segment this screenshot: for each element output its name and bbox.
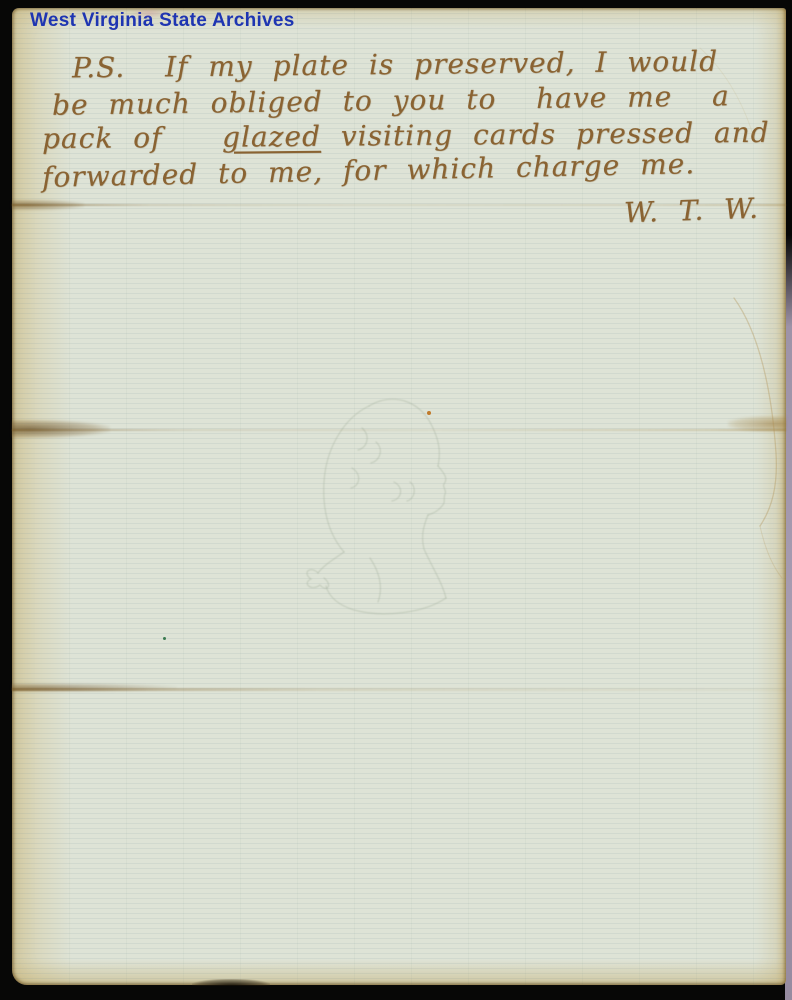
scanner-edge-strip <box>785 235 792 1000</box>
letter-signature: W. T. W. <box>623 192 759 230</box>
stain-middle-left <box>12 420 110 438</box>
letter-line-1: P.S. If my plate is preserved, I would <box>72 45 718 85</box>
profile-bust-watermark-icon <box>274 386 494 624</box>
fold-stain-lower-left <box>12 683 177 692</box>
bottom-edge-smudge <box>192 979 270 986</box>
fold-line-lower <box>12 688 786 691</box>
letter-underlined-word: glazed <box>222 120 321 154</box>
scanned-letter-background: West Virginia State Archives P.S. If my … <box>0 0 792 1000</box>
green-speck <box>163 637 166 640</box>
letter-line-3-pre: pack of <box>42 121 222 156</box>
letter-line-3-post: visiting cards pressed and <box>321 116 770 153</box>
letter-line-2: be much obliged to you to have me a <box>52 79 730 121</box>
letter-page: West Virginia State Archives P.S. If my … <box>12 8 786 985</box>
stain-middle-right <box>728 416 786 432</box>
archive-header-label: West Virginia State Archives <box>30 10 295 32</box>
fold-stain-top-left <box>12 200 84 210</box>
